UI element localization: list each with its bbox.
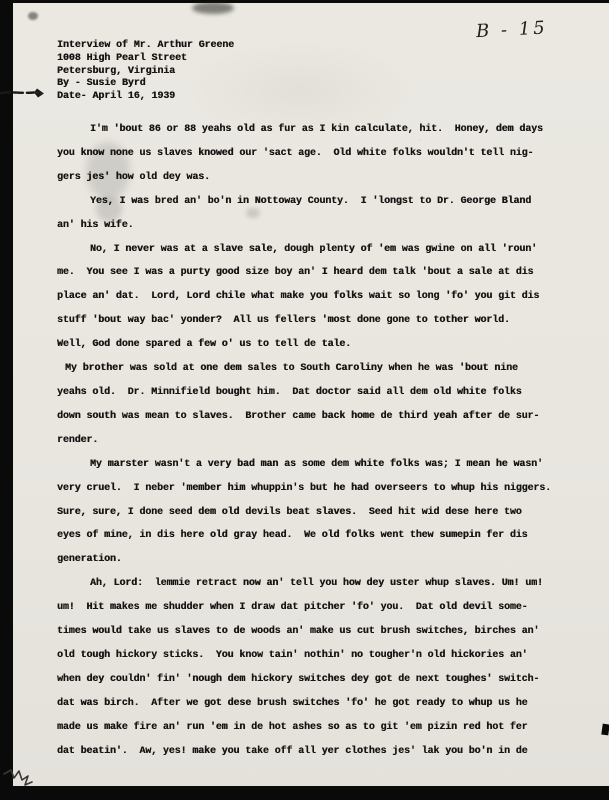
text-line: My marster wasn't a very bad man as some… — [57, 453, 569, 477]
header-line: Petersburg, Virginia — [57, 66, 234, 79]
scan-edge-bottom — [0, 786, 609, 800]
text-line: you know none us slaves knowed our 'sact… — [57, 142, 569, 166]
header-line: Interview of Mr. Arthur Greene — [57, 40, 234, 53]
text-line: I'm 'bout 86 or 88 yeahs old as fur as I… — [57, 118, 569, 142]
text-line: eyes of mine, in dis here old gray head.… — [57, 524, 569, 548]
handwritten-page-code: B - 15 — [476, 15, 597, 42]
text-line: render. — [57, 429, 569, 453]
scan-edge-left — [0, 0, 13, 800]
text-line: generation. — [57, 548, 569, 572]
text-line: Well, God done spared a few o' us to tel… — [57, 333, 569, 357]
scan-mark-right — [601, 724, 609, 736]
text-line: times would take us slaves to de woods a… — [57, 620, 569, 644]
document-page: B - 15 Interview of Mr. Arthur Greene100… — [0, 0, 609, 800]
corner-scribble-icon — [2, 766, 36, 790]
document-header: Interview of Mr. Arthur Greene1008 High … — [57, 40, 234, 104]
ink-speck — [28, 12, 38, 20]
text-line: gers jes' how old dey was. — [57, 166, 569, 190]
document-body: I'm 'bout 86 or 88 yeahs old as fur as I… — [57, 118, 569, 763]
text-line: down south was mean to slaves. Brother c… — [57, 405, 569, 429]
text-line: an' his wife. — [57, 214, 569, 238]
text-line: place an' dat. Lord, Lord chile what mak… — [57, 285, 569, 309]
text-line: Ah, Lord: lemmie retract now an' tell yo… — [57, 572, 569, 596]
text-line: stuff 'bout way bac' yonder? All us fell… — [57, 309, 569, 333]
text-line: dat beatin'. Aw, yes! make you take off … — [57, 740, 569, 764]
text-line: Sure, sure, I done seed dem old devils b… — [57, 501, 569, 525]
text-line: made us make fire an' run 'em in de hot … — [57, 716, 569, 740]
text-line: me. You see I was a purty good size boy … — [57, 261, 569, 285]
text-line: um! Hit makes me shudder when I draw dat… — [57, 596, 569, 620]
header-line: By - Susie Byrd — [57, 78, 234, 91]
text-line: My brother was sold at one dem sales to … — [57, 357, 569, 381]
header-line: 1008 High Pearl Street — [57, 53, 234, 66]
scan-edge-top — [0, 0, 609, 3]
text-line: very cruel. I neber 'member him whuppin'… — [57, 477, 569, 501]
text-line: yeahs old. Dr. Minnifield bought him. Da… — [57, 381, 569, 405]
text-line: old tough hickory sticks. You know tain'… — [57, 644, 569, 668]
header-line: Date- April 16, 1939 — [57, 91, 234, 104]
text-line: No, I never was at a slave sale, dough p… — [57, 238, 569, 262]
margin-arrow-icon — [0, 84, 52, 102]
text-line: dat was birch. After we got dese brush s… — [57, 692, 569, 716]
text-line: when dey couldn' fin' 'nough dem hickory… — [57, 668, 569, 692]
ink-smudge — [192, 2, 234, 14]
text-line: Yes, I was bred an' bo'n in Nottoway Cou… — [57, 190, 569, 214]
